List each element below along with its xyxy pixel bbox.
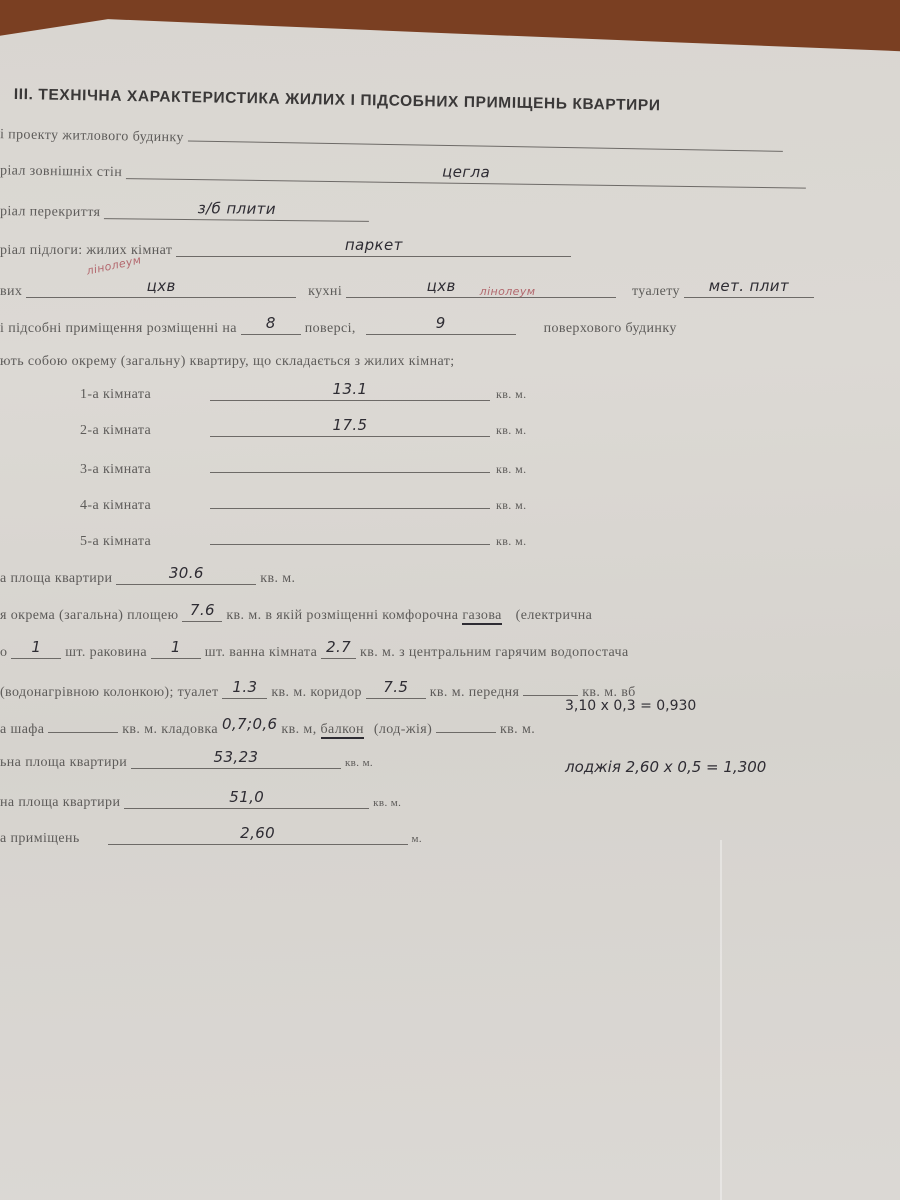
toilet-floor-field: мет. плит <box>684 281 814 298</box>
toilet-floor-label: туалету <box>632 284 680 299</box>
storage-unit: кв. м, <box>281 722 316 737</box>
corridor-value: 7.5 <box>383 678 408 696</box>
room-area-field: 13.1 <box>210 384 490 401</box>
stove-alt-label: (електрична <box>516 608 593 623</box>
loggia-note: лоджія 2,60 x 0,5 = 1,300 <box>565 758 766 776</box>
floor-other-row: вих цхв лінолеум кухні цхв лінолеум туал… <box>0 281 814 300</box>
toilet-label: (водонагрівною колонкою); туалет <box>0 685 219 700</box>
usable-area-unit: кв. м. <box>373 797 401 809</box>
hallway-label: кв. м. передня <box>430 685 520 700</box>
apartment-desc-row: ють собою окрему (загальну) квартиру, що… <box>0 354 455 370</box>
sink-row: о 1 шт. раковина 1 шт. ванна кімната 2.7… <box>0 642 629 661</box>
room-unit: кв. м. <box>496 462 527 476</box>
toilet-row: (водонагрівною колонкою); туалет 1.3 кв.… <box>0 679 636 701</box>
kitchen-note: лінолеум <box>480 285 536 298</box>
wardrobe-label: а шафа <box>0 722 44 737</box>
total-area-label: ьна площа квартири <box>0 755 127 770</box>
floor-other-label: вих <box>0 284 22 299</box>
height-field: 2,60 <box>108 828 408 845</box>
living-area-label: а площа квартири <box>0 571 112 586</box>
room-row: 4-а кімнатакв. м. <box>80 492 527 514</box>
room-area-value: 17.5 <box>333 416 368 434</box>
room-unit: кв. м. <box>496 534 527 548</box>
hot-water-label: кв. м. з центральним гарячим водопостача <box>360 645 629 660</box>
total-area-unit: кв. м. <box>345 757 373 769</box>
total-area-field: 53,23 <box>131 752 341 769</box>
room-area-field <box>210 528 490 545</box>
room-label: 3-а кімната <box>80 462 210 478</box>
sink-prefix: о <box>0 645 7 660</box>
floor-location-label: і підсобні приміщення розміщенні на <box>0 321 237 336</box>
usable-area-label: на площа квартири <box>0 795 120 810</box>
storage-label: кв. м. кладовка <box>122 722 218 737</box>
ceiling-label: ріал перекриття <box>0 204 100 220</box>
room-label: 2-а кімната <box>80 423 210 439</box>
total-floors-field: 9 <box>366 318 516 335</box>
sink-count-field: 1 <box>151 642 201 659</box>
balcony-field <box>436 716 496 733</box>
kitchen-field: цхв лінолеум <box>346 281 616 298</box>
floor-mid-label: поверсі, <box>305 321 356 336</box>
wardrobe-field <box>48 716 118 733</box>
project-label: і проекту житлового будинку <box>0 127 184 145</box>
room-area-value: 13.1 <box>333 380 368 398</box>
floor-other-value: цхв <box>147 277 176 295</box>
kitchen-label: кухні <box>308 284 342 299</box>
paper-fold <box>720 840 722 1200</box>
floor-number-value: 8 <box>266 314 276 332</box>
count-a-value: 1 <box>31 638 41 656</box>
count-a-field: 1 <box>11 642 61 659</box>
balcony-label: балкон <box>321 722 364 739</box>
calc-note: 3,10 x 0,3 = 0,930 <box>565 698 696 714</box>
bath-field: 2.7 <box>321 642 356 659</box>
ceiling-row: ріал перекриття з/б плити <box>0 201 369 224</box>
room-area-field <box>210 492 490 509</box>
toilet-field: 1.3 <box>222 682 267 699</box>
living-area-field: 30.6 <box>116 568 256 585</box>
room-area-field <box>210 456 490 473</box>
kitchen-value: цхв <box>427 277 456 295</box>
floor-other-field: цхв лінолеум <box>26 281 296 298</box>
floor-rooms-field: паркет <box>176 240 571 257</box>
living-area-row: а площа квартири 30.6 кв. м. <box>0 568 295 587</box>
balcony-unit: кв. м. <box>500 722 535 737</box>
room-row: 2-а кімната17.5кв. м. <box>80 420 527 439</box>
floor-rooms-label: ріал підлоги: жилих кімнат <box>0 243 172 258</box>
floor-location-row: і підсобні приміщення розміщенні на 8 по… <box>0 318 677 337</box>
height-unit: м. <box>412 833 423 845</box>
ceiling-value: з/б плити <box>198 199 276 218</box>
floor-after-label: поверхового будинку <box>544 321 677 336</box>
total-area-row: ьна площа квартири 53,23 кв. м. <box>0 752 373 771</box>
kitchen-area-row: я окрема (загальна) площею 7.6 кв. м. в … <box>0 605 592 624</box>
room-label: 1-а кімната <box>80 387 210 403</box>
height-value: 2,60 <box>240 824 275 842</box>
sink-label: шт. раковина <box>65 645 147 660</box>
usable-area-row: на площа квартири 51,0 кв. м. <box>0 792 401 811</box>
usable-area-value: 51,0 <box>229 788 264 806</box>
ceiling-field: з/б плити <box>104 202 369 222</box>
storage-row: а шафа кв. м. кладовка 0,7;0,6 кв. м, ба… <box>0 716 535 738</box>
height-label: а приміщень <box>0 831 80 846</box>
room-row: 1-а кімната13.1кв. м. <box>80 384 527 403</box>
room-unit: кв. м. <box>496 498 527 512</box>
total-floors-value: 9 <box>436 314 446 332</box>
walls-value: цегла <box>442 163 490 182</box>
floor-rooms-value: паркет <box>345 236 403 254</box>
bath-label: шт. ванна кімната <box>205 645 317 660</box>
floor-number-field: 8 <box>241 318 301 335</box>
stove-label: кв. м. в якій розміщенні комфорочна <box>226 608 458 623</box>
room-row: 3-а кімнатакв. м. <box>80 456 527 478</box>
storage-value: 0,7;0,6 <box>222 715 278 733</box>
loggia-label: (лод-жія) <box>374 722 432 737</box>
corridor-field: 7.5 <box>366 682 426 699</box>
living-area-value: 30.6 <box>169 564 204 582</box>
usable-area-field: 51,0 <box>124 792 369 809</box>
room-label: 4-а кімната <box>80 498 210 514</box>
room-area-field: 17.5 <box>210 420 490 437</box>
toilet-value: 1.3 <box>232 678 257 696</box>
toilet-floor-value: мет. плит <box>709 277 789 295</box>
hallway-field <box>523 679 578 696</box>
room-unit: кв. м. <box>496 387 527 401</box>
kitchen-area-value: 7.6 <box>190 601 215 619</box>
room-row: 5-а кімнатакв. м. <box>80 528 527 550</box>
height-row: а приміщень 2,60 м. <box>0 828 422 847</box>
bath-value: 2.7 <box>326 638 351 656</box>
floor-rooms-row: ріал підлоги: жилих кімнат паркет <box>0 240 571 259</box>
corridor-label: кв. м. коридор <box>271 685 362 700</box>
total-area-value: 53,23 <box>214 748 259 766</box>
room-label: 5-а кімната <box>80 534 210 550</box>
sink-count-value: 1 <box>171 638 181 656</box>
kitchen-area-label: я окрема (загальна) площею <box>0 608 179 623</box>
room-unit: кв. м. <box>496 423 527 437</box>
living-area-unit: кв. м. <box>260 571 295 586</box>
stove-type: газова <box>462 608 501 625</box>
kitchen-area-field: 7.6 <box>182 605 222 622</box>
walls-label: ріал зовнішніх стін <box>0 163 122 180</box>
